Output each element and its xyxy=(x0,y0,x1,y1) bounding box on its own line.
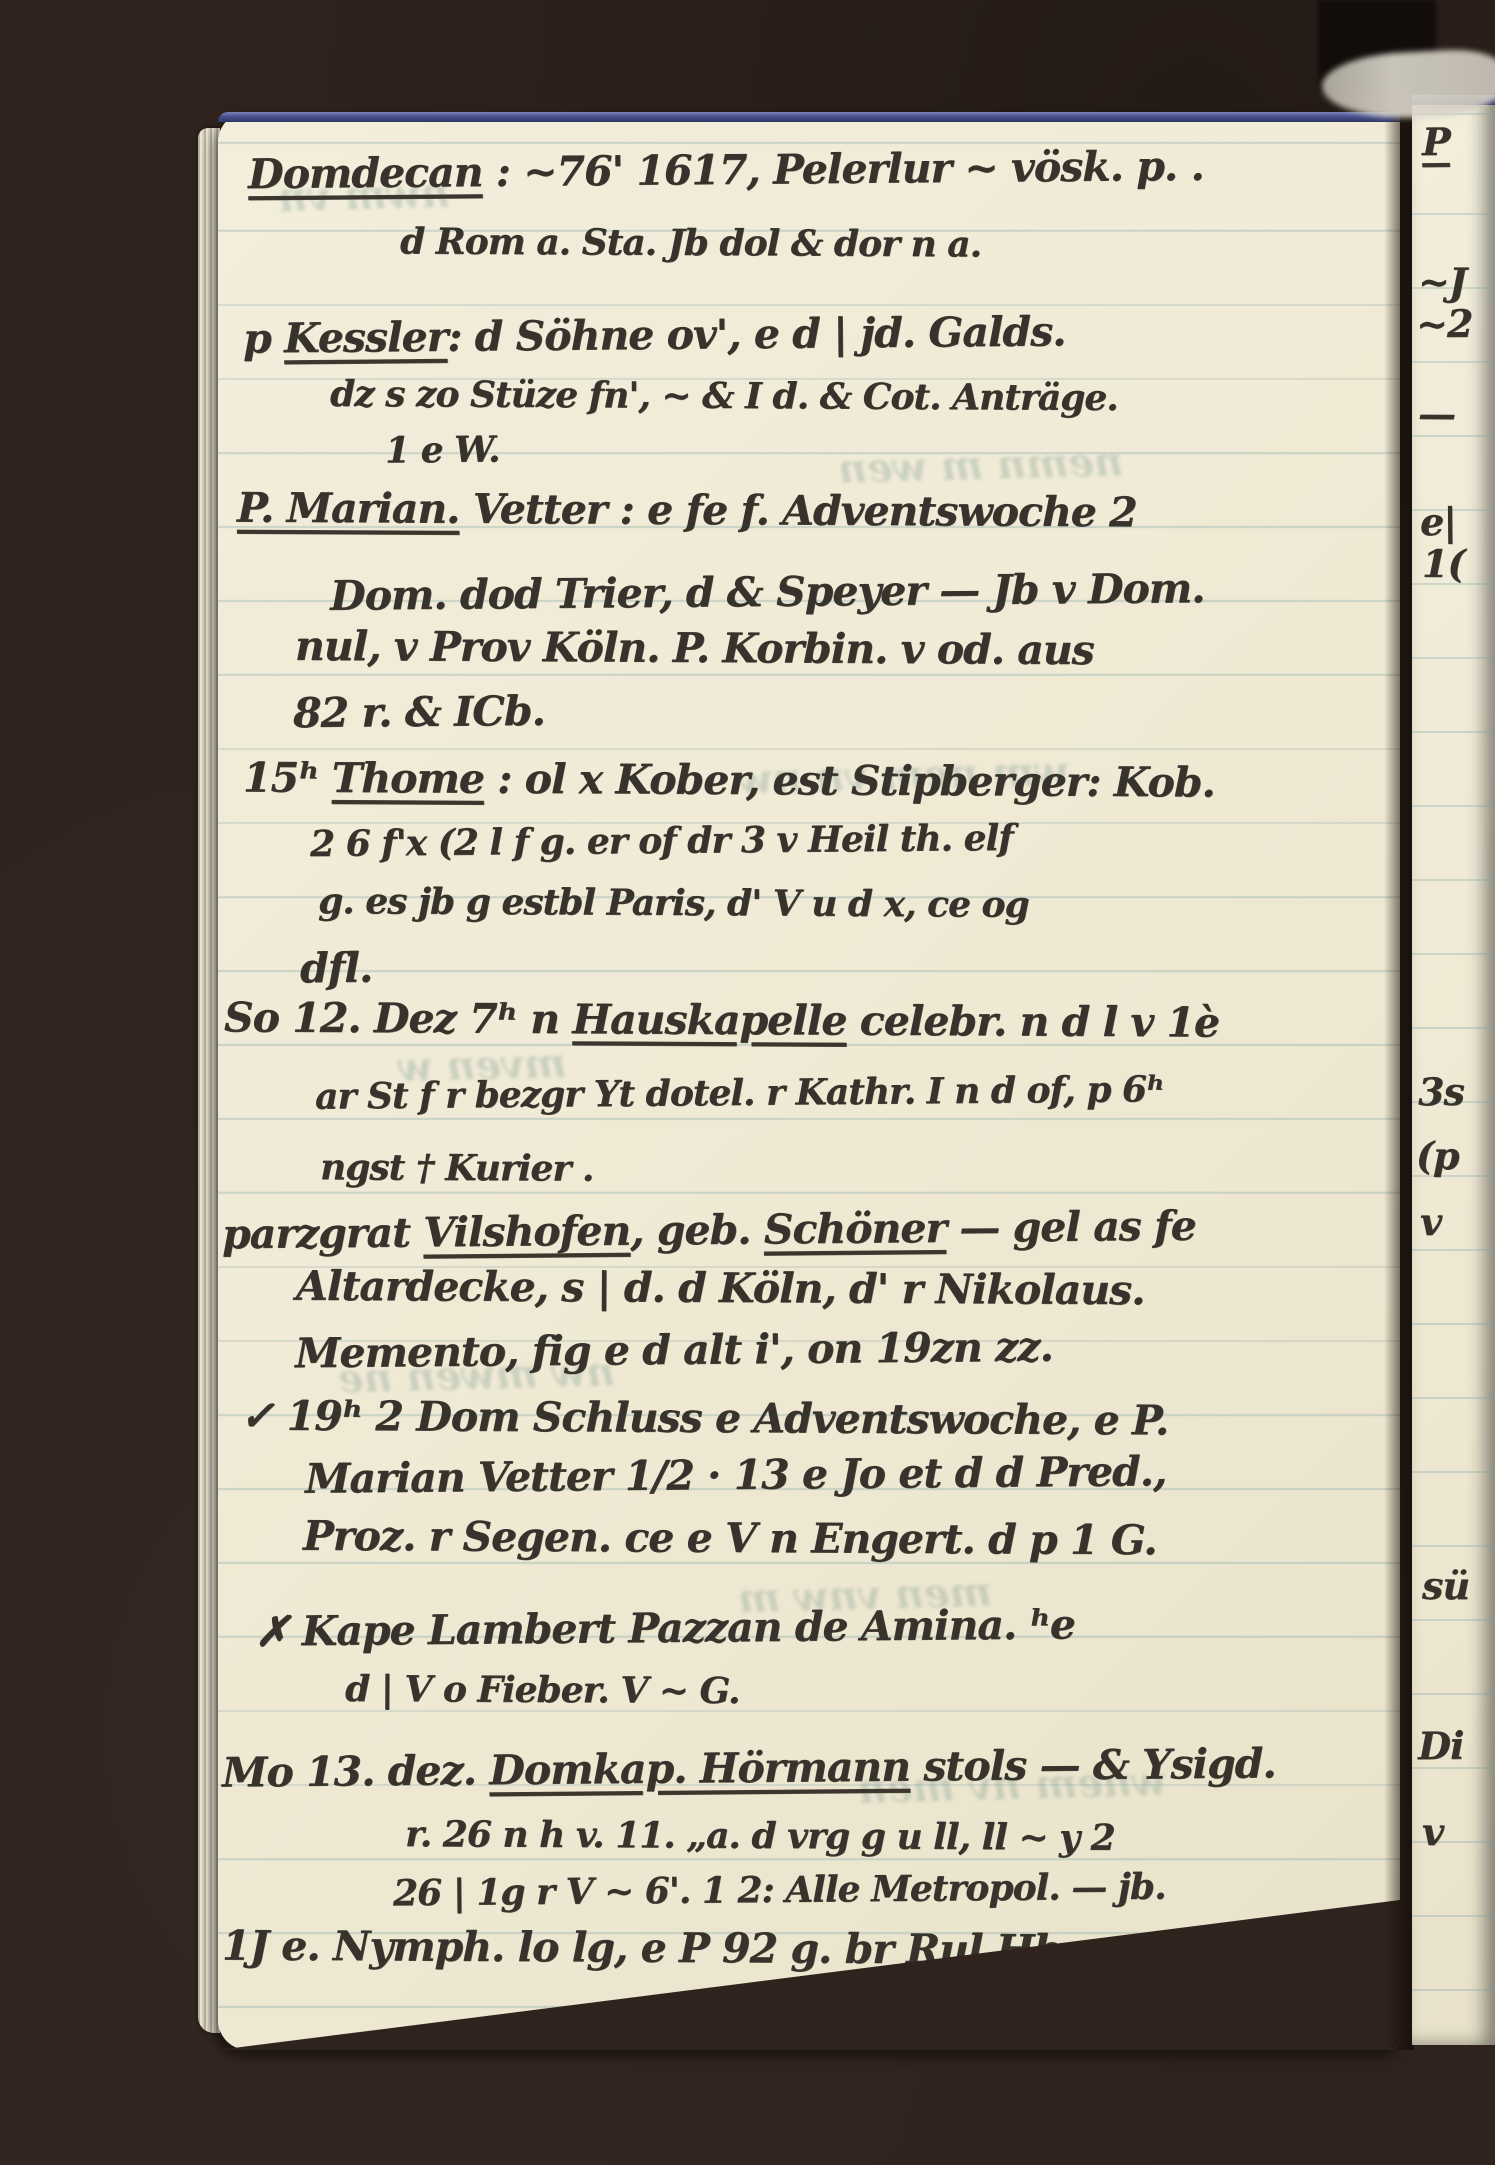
handwriting-text: v xyxy=(1420,1199,1441,1244)
handwritten-line: p Kessler: d Söhne ov', e d | jd. Galds. xyxy=(243,311,1066,359)
underlined-word: P xyxy=(1422,119,1450,164)
handwriting-text: nul, v Prov Köln. P. Korbin. v od. aus xyxy=(295,622,1094,674)
handwritten-line: d Rom a. Sta. Jb dol & dor n a. xyxy=(400,223,981,262)
handwritten-line: parzgrat Vilshofen, geb. Schöner — gel a… xyxy=(222,1206,1196,1255)
handwriting-text: (p xyxy=(1416,1133,1459,1178)
handwriting-text: e| xyxy=(1420,499,1456,544)
handwriting-text: r. 26 n h v. 11. „a. d vrg g u ll, ll ~ … xyxy=(405,1813,1115,1859)
handwritten-fragment: sü xyxy=(1422,1567,1469,1605)
handwriting-text: ~2 xyxy=(1416,301,1473,346)
handwriting-text: 82 r. & ICb. xyxy=(293,687,545,737)
handwriting-text: — xyxy=(1418,391,1455,436)
handwriting-text: celebr. n d l v 1è xyxy=(846,997,1219,1047)
handwriting-text: 26 | 1g r V ~ 6'. 1 2: Alle Metropol. — … xyxy=(393,1866,1166,1915)
handwriting-text: 15ʰ xyxy=(243,753,332,801)
handwriting-text: g. es jb g estbl Paris, d' V u d x, ce o… xyxy=(318,880,1029,926)
handwriting-text: So 12. Dez 7ʰ n xyxy=(224,993,573,1043)
handwritten-line: P. Marian. Vetter : e fe f. Adventswoche… xyxy=(237,488,1137,534)
handwriting-text: ngst † Kurier . xyxy=(320,1146,594,1189)
underlined-word: Thome xyxy=(332,754,484,803)
handwriting-text: : ol x Kober, est Stipberger: Kob. xyxy=(484,755,1215,807)
handwriting-text: 2 6 f'x (2 l f g. er of dr 3 v Heil th. … xyxy=(310,817,1013,865)
handwriting-text: parzgrat xyxy=(222,1208,424,1258)
handwriting-text: Vetter : e fe f. Adventswoche 2 xyxy=(459,485,1137,537)
handwriting-text: Di xyxy=(1418,1723,1464,1768)
handwritten-line: Proz. r Segen. ce e V n Engert. d p 1 G. xyxy=(303,1516,1157,1561)
handwriting-fragments-layer: P~J~2—e|1(3s(pvsüDiv xyxy=(1412,95,1495,2045)
handwriting-layer: Domdecan : ~76' 1617, Pelerlur ~ vösk. p… xyxy=(218,112,1400,2050)
handwritten-line: Domdecan : ~76' 1617, Pelerlur ~ vösk. p… xyxy=(248,146,1204,195)
handwritten-line: ar St f r bezgr Yt dotel. r Kathr. I n d… xyxy=(315,1071,1164,1114)
handwriting-text: d Rom a. Sta. Jb dol & dor n a. xyxy=(400,220,981,265)
gutter-shadow xyxy=(1384,90,1414,2050)
handwritten-line: 2 6 f'x (2 l f g. er of dr 3 v Heil th. … xyxy=(310,820,1013,862)
handwritten-line: ✗ Kape Lambert Pazzan de Amina. ʰe xyxy=(255,1604,1075,1652)
handwriting-text: d | V o Fieber. V ~ G. xyxy=(345,1668,740,1712)
handwriting-text: p xyxy=(243,314,284,362)
handwriting-text: v xyxy=(1422,1809,1443,1854)
handwritten-line: g. es jb g estbl Paris, d' V u d x, ce o… xyxy=(318,883,1029,923)
underlined-word: P. Marian. xyxy=(237,484,460,533)
handwritten-line: Memento, fig e d alt i', on 19zn zz. xyxy=(295,1327,1053,1375)
handwritten-fragment: v xyxy=(1420,1203,1441,1241)
handwriting-text: Memento, fig e d alt i', on 19zn zz. xyxy=(295,1323,1053,1378)
handwriting-text: Mo 13. dez. xyxy=(222,1746,490,1796)
handwriting-text: , geb. xyxy=(630,1206,764,1255)
page-fore-edge-stack xyxy=(198,128,220,2033)
handwritten-line: ngst † Kurier . xyxy=(320,1149,594,1186)
handwritten-line: Altardecke, s | d. d Köln, d' r Nikolaus… xyxy=(296,1266,1145,1311)
handwriting-text: ✓ 19ʰ 2 Dom Schluss e Adventswoche, e P. xyxy=(240,1392,1168,1445)
handwritten-fragment: e| xyxy=(1420,503,1456,541)
handwritten-line: Dom. dod Trier, d & Speyer — Jb v Dom. xyxy=(330,568,1205,617)
handwriting-text: ✗ Kape Lambert Pazzan de Amina. ʰe xyxy=(255,1600,1075,1655)
handwriting-text: dz s zo Stüze fn', ~ & I d. & Cot. Anträ… xyxy=(330,373,1118,419)
handwriting-text: Dom. dod Trier, d & Speyer — Jb v Dom. xyxy=(330,564,1205,620)
handwritten-line: So 12. Dez 7ʰ n Hauskapelle celebr. n d … xyxy=(224,997,1219,1043)
underlined-word: Domdecan xyxy=(248,148,483,198)
handwriting-text: stols — & Ysigd. xyxy=(910,1739,1276,1790)
handwriting-text: sü xyxy=(1422,1563,1469,1608)
handwriting-text: Proz. r Segen. ce e V n Engert. d p 1 G. xyxy=(303,1512,1157,1564)
handwritten-line: 15ʰ Thome : ol x Kober, est Stipberger: … xyxy=(243,757,1215,803)
underlined-word: Hauskapelle xyxy=(572,995,846,1044)
handwritten-line: nul, v Prov Köln. P. Korbin. v od. aus xyxy=(295,626,1094,671)
handwritten-fragment: Di xyxy=(1418,1727,1464,1765)
handwriting-text: ~J xyxy=(1418,259,1466,304)
handwritten-line: 82 r. & ICb. xyxy=(293,691,545,734)
handwriting-text: Altardecke, s | d. d Köln, d' r Nikolaus… xyxy=(296,1262,1145,1314)
handwriting-text: 3s xyxy=(1418,1069,1464,1114)
notebook-left-page: nwm vnnemn m wenwm nem vn nwmven wnw mwe… xyxy=(218,112,1400,2050)
handwritten-line: d | V o Fieber. V ~ G. xyxy=(345,1671,740,1709)
handwritten-line: 1 e W. xyxy=(385,432,500,469)
handwritten-line: r. 26 n h v. 11. „a. d vrg g u ll, ll ~ … xyxy=(405,1816,1115,1856)
handwritten-line: dfl. xyxy=(300,948,373,990)
handwriting-text: 1( xyxy=(1422,541,1465,586)
handwriting-text: Marian Vetter 1/2 · 13 e Jo et d d Pred.… xyxy=(305,1447,1167,1503)
handwritten-line: Mo 13. dez. Domkap. Hörmann stols — & Ys… xyxy=(222,1743,1276,1793)
handwriting-text: 1 e W. xyxy=(385,429,500,472)
underlined-word: Vilshofen xyxy=(423,1207,630,1257)
underlined-word: Kessler xyxy=(284,313,448,362)
handwritten-fragment: ~J xyxy=(1418,263,1466,301)
notebook-right-page-sliver: P~J~2—e|1(3s(pvsüDiv xyxy=(1412,95,1495,2045)
handwriting-text: : d Söhne ov', e d | jd. Galds. xyxy=(447,307,1066,360)
handwritten-fragment: (p xyxy=(1416,1137,1459,1175)
underlined-word: Domkap. Hörmann xyxy=(489,1743,910,1795)
handwritten-fragment: 1( xyxy=(1422,545,1465,583)
handwritten-fragment: v xyxy=(1422,1813,1443,1851)
handwritten-line: dz s zo Stüze fn', ~ & I d. & Cot. Anträ… xyxy=(330,376,1118,416)
handwritten-line: ✓ 19ʰ 2 Dom Schluss e Adventswoche, e P. xyxy=(240,1396,1168,1442)
handwritten-fragment: P xyxy=(1422,123,1450,161)
handwritten-fragment: — xyxy=(1418,395,1455,433)
handwritten-fragment: 3s xyxy=(1418,1073,1464,1111)
handwritten-line: Marian Vetter 1/2 · 13 e Jo et d d Pred.… xyxy=(305,1451,1167,1500)
handwriting-text: ar St f r bezgr Yt dotel. r Kathr. I n d… xyxy=(315,1068,1164,1117)
handwritten-fragment: ~2 xyxy=(1416,305,1473,343)
handwritten-line: 26 | 1g r V ~ 6'. 1 2: Alle Metropol. — … xyxy=(393,1869,1166,1912)
handwriting-text: : ~76' 1617, Pelerlur ~ vösk. p. . xyxy=(482,142,1204,196)
handwriting-text: dfl. xyxy=(300,944,373,993)
handwriting-text: — gel as fe xyxy=(946,1202,1196,1252)
underlined-word: Schöner xyxy=(764,1204,947,1254)
